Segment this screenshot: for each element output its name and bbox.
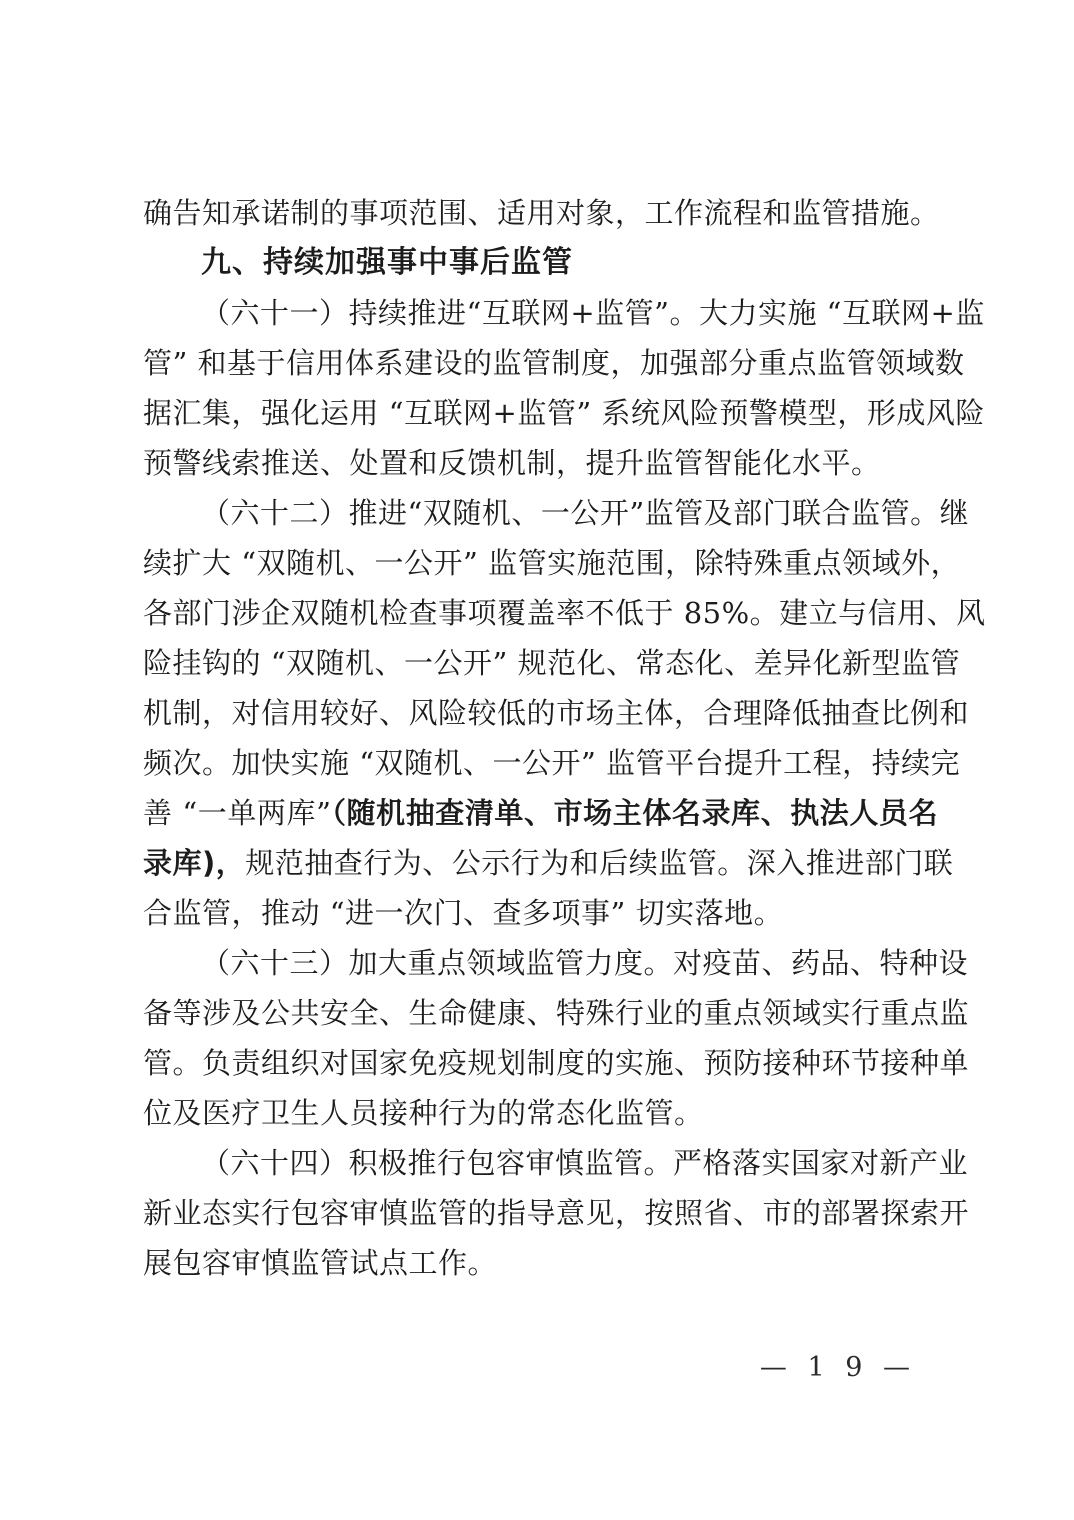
text-line-21: 新业态实行包容审慎监管的指导意见，按照省、市的部署探索开 xyxy=(143,1188,938,1238)
text-line-22: 展包容审慎监管试点工作。 xyxy=(143,1238,938,1288)
section-heading: 九、持续加强事中事后监管 xyxy=(143,238,938,288)
text-segment: 位及医疗卫生人员接种行为的常态化监管。 xyxy=(143,1096,704,1130)
text-segment: 预警线索推送、处置和反馈机制，提升监管智能化水平。 xyxy=(143,446,881,480)
text-line-1: 确告知承诺制的事项范围、适用对象，工作流程和监管措施。 xyxy=(143,188,938,238)
text-segment: （六十一）持续推进“互联网+监管”。大力实施 “互联网+监 xyxy=(201,296,985,330)
text-segment: 管” 和基于信用体系建设的监管制度，加强部分重点监管领域数 xyxy=(143,346,965,380)
text-line-9: 各部门涉企双随机检查事项覆盖率不低于 85%。建立与信用、风 xyxy=(143,588,938,638)
text-segment: 展包容审慎监管试点工作。 xyxy=(143,1246,497,1280)
text-segment: 规范抽查行为、公示行为和后续监管。深入推进部门联 xyxy=(245,846,953,880)
page-number: — 1 9 — xyxy=(760,1352,916,1383)
text-segment: 频次。加快实施 “双随机、一公开” 监管平台提升工程，持续完 xyxy=(143,746,960,780)
text-segment: （六十四）积极推行包容审慎监管。严格落实国家对新产业 xyxy=(201,1146,968,1180)
text-line-5: 据汇集，强化运用 “互联网+监管” 系统风险预警模型，形成风险 xyxy=(143,388,938,438)
text-segment: 善 “一单两库” xyxy=(143,796,331,830)
text-line-3: （六十一）持续推进“互联网+监管”。大力实施 “互联网+监 xyxy=(143,288,938,338)
bold-text-segment: 九、持续加强事中事后监管 xyxy=(201,245,573,280)
text-line-12: 频次。加快实施 “双随机、一公开” 监管平台提升工程，持续完 xyxy=(143,738,938,788)
text-line-19: 位及医疗卫生人员接种行为的常态化监管。 xyxy=(143,1088,938,1138)
text-segment: 备等涉及公共安全、生命健康、特殊行业的重点领域实行重点监 xyxy=(143,996,969,1030)
text-line-6: 预警线索推送、处置和反馈机制，提升监管智能化水平。 xyxy=(143,438,938,488)
document-page: 确告知承诺制的事项范围、适用对象，工作流程和监管措施。九、持续加强事中事后监管（… xyxy=(0,0,1074,1520)
bold-text-segment: 录库)， xyxy=(143,846,245,880)
text-segment: 险挂钩的 “双随机、一公开” 规范化、常态化、差异化新型监管 xyxy=(143,646,960,680)
text-line-14: 录库)，规范抽查行为、公示行为和后续监管。深入推进部门联 xyxy=(143,838,938,888)
text-line-15: 合监管，推动 “进一次门、查多项事” 切实落地。 xyxy=(143,888,938,938)
text-line-11: 机制，对信用较好、风险较低的市场主体，合理降低抽查比例和 xyxy=(143,688,938,738)
document-body: 确告知承诺制的事项范围、适用对象，工作流程和监管措施。九、持续加强事中事后监管（… xyxy=(143,188,938,1288)
text-line-7: （六十二）推进“双随机、一公开”监管及部门联合监管。继 xyxy=(143,488,938,538)
text-segment: 管。负责组织对国家免疫规划制度的实施、预防接种环节接种单 xyxy=(143,1046,969,1080)
text-line-13: 善 “一单两库”（随机抽查清单、市场主体名录库、执法人员名 xyxy=(143,788,938,838)
text-line-16: （六十三）加大重点领域监管力度。对疫苗、药品、特种设 xyxy=(143,938,938,988)
text-segment: （六十三）加大重点领域监管力度。对疫苗、药品、特种设 xyxy=(201,946,968,980)
text-line-8: 续扩大 “双随机、一公开” 监管实施范围，除特殊重点领域外， xyxy=(143,538,938,588)
text-segment: 续扩大 “双随机、一公开” 监管实施范围，除特殊重点领域外， xyxy=(143,546,960,580)
text-line-10: 险挂钩的 “双随机、一公开” 规范化、常态化、差异化新型监管 xyxy=(143,638,938,688)
text-segment: 确告知承诺制的事项范围、适用对象，工作流程和监管措施。 xyxy=(143,196,940,230)
text-segment: 新业态实行包容审慎监管的指导意见，按照省、市的部署探索开 xyxy=(143,1196,969,1230)
text-line-17: 备等涉及公共安全、生命健康、特殊行业的重点领域实行重点监 xyxy=(143,988,938,1038)
text-segment: 据汇集，强化运用 “互联网+监管” 系统风险预警模型，形成风险 xyxy=(143,396,985,430)
text-segment: 合监管，推动 “进一次门、查多项事” 切实落地。 xyxy=(143,896,783,930)
bold-text-segment: （随机抽查清单、市场主体名录库、执法人员名 xyxy=(331,796,938,830)
text-line-20: （六十四）积极推行包容审慎监管。严格落实国家对新产业 xyxy=(143,1138,938,1188)
text-segment: 各部门涉企双随机检查事项覆盖率不低于 85%。建立与信用、风 xyxy=(143,596,986,630)
text-line-4: 管” 和基于信用体系建设的监管制度，加强部分重点监管领域数 xyxy=(143,338,938,388)
text-segment: 机制，对信用较好、风险较低的市场主体，合理降低抽查比例和 xyxy=(143,696,969,730)
text-line-18: 管。负责组织对国家免疫规划制度的实施、预防接种环节接种单 xyxy=(143,1038,938,1088)
text-segment: （六十二）推进“双随机、一公开”监管及部门联合监管。继 xyxy=(201,496,969,530)
